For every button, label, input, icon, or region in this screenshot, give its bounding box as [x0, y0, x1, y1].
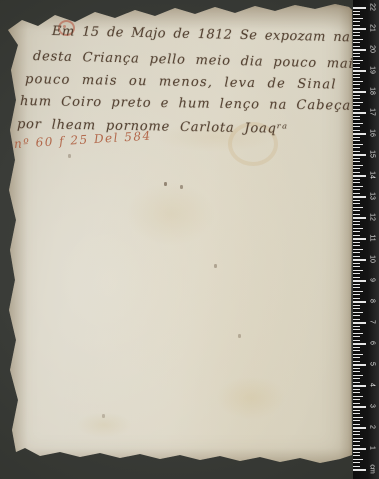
ruler-tick [353, 336, 360, 337]
ruler-tick [353, 238, 366, 240]
ruler-tick [353, 403, 360, 404]
ruler-number: 9 [367, 274, 379, 287]
ruler-tick [353, 389, 360, 390]
ruler-tick [353, 284, 360, 285]
ruler-tick [353, 469, 366, 471]
ruler-tick [353, 301, 366, 303]
ruler-tick [353, 378, 360, 379]
ruler-tick [353, 326, 360, 327]
ruler-tick [353, 354, 363, 355]
ruler-tick [353, 431, 360, 432]
ruler-tick [353, 25, 360, 26]
ruler-tick [353, 368, 360, 369]
ruler-number: 3 [367, 400, 379, 413]
ruler-tick [353, 224, 360, 225]
ruler-tick [353, 459, 363, 460]
ruler-tick [353, 84, 360, 85]
ruler-number: 15 [367, 148, 379, 161]
ruler-number: 14 [367, 169, 379, 182]
ruler-tick [353, 329, 360, 330]
ruler-tick [353, 95, 360, 96]
ruler-tick [353, 375, 363, 376]
ruler-tick [353, 133, 366, 135]
ruler-number: 21 [367, 22, 379, 35]
ruler-tick [353, 280, 366, 282]
ruler-number: 5 [367, 358, 379, 371]
ruler-number: 12 [367, 211, 379, 224]
ruler-tick [353, 123, 363, 124]
ruler-tick [353, 462, 360, 463]
handwritten-line-4: hum Coiro preto e hum lenço na Cabeça [20, 94, 351, 114]
ruler-tick [353, 154, 366, 156]
manuscript-page: Em 15 de Majo de 1812 Se expozam na Roda… [6, 4, 353, 466]
ruler-number: 8 [367, 295, 379, 308]
ruler-tick [353, 140, 360, 141]
ruler-tick [353, 39, 363, 40]
ruler-tick [353, 126, 360, 127]
ruler-number: 7 [367, 316, 379, 329]
ruler-tick [353, 322, 366, 324]
ruler-number: 4 [367, 379, 379, 392]
ruler-tick [353, 308, 360, 309]
ruler-tick [353, 175, 366, 177]
ruler-tick [353, 424, 360, 425]
ruler-tick [353, 193, 360, 194]
ruler-tick [353, 277, 360, 278]
stain [216, 376, 286, 420]
ruler-tick [353, 273, 360, 274]
ruler-tick [353, 242, 360, 243]
ruler-tick [353, 186, 363, 187]
ruler-tick [353, 410, 360, 411]
ruler-tick [353, 144, 363, 145]
ruler-number: 19 [367, 64, 379, 77]
ruler-tick [353, 217, 366, 219]
ruler-tick [353, 28, 366, 30]
ruler-tick [353, 60, 363, 61]
ruler-tick [353, 67, 360, 68]
ruler-number: 10 [367, 253, 379, 266]
ruler-tick [353, 158, 360, 159]
ruler-tick [353, 305, 360, 306]
ruler-tick [353, 168, 360, 169]
ruler-tick [353, 413, 360, 414]
ruler-tick [353, 427, 366, 429]
ruler-tick [353, 196, 366, 198]
ruler-tick [353, 172, 360, 173]
ruler-number: cm [367, 463, 379, 476]
ruler-tick [353, 396, 363, 397]
ruler-tick [353, 455, 360, 456]
stain [76, 412, 132, 438]
ruler-tick [353, 200, 360, 201]
ruler-number: 2 [367, 421, 379, 434]
ruler-tick [353, 333, 363, 334]
ruler-tick [353, 119, 360, 120]
ink-specks [164, 182, 167, 186]
ruler-tick [353, 287, 360, 288]
measuring-ruler-cm: 22212019181716151413121110987654321cm [353, 0, 379, 479]
ruler-tick [353, 221, 360, 222]
ruler-tick [353, 91, 366, 93]
ruler-tick [353, 263, 360, 264]
ruler-number: 20 [367, 43, 379, 56]
ruler-tick [353, 203, 360, 204]
ruler-tick [353, 434, 360, 435]
ruler-tick [353, 21, 360, 22]
ruler-tick [353, 147, 360, 148]
ruler-tick [353, 350, 360, 351]
ruler-tick [353, 343, 366, 345]
ruler-number: 11 [367, 232, 379, 245]
ruler-tick [353, 466, 360, 467]
ruler-number: 16 [367, 127, 379, 140]
ruler-tick [353, 130, 360, 131]
ruler-tick [353, 210, 360, 211]
ruler-tick [353, 109, 360, 110]
ruler-tick [353, 56, 360, 57]
ruler-tick [353, 252, 360, 253]
ruler-number: 17 [367, 106, 379, 119]
ruler-tick [353, 294, 360, 295]
ruler-tick [353, 53, 360, 54]
ruler-tick [353, 438, 363, 439]
ruler-tick [353, 392, 360, 393]
ruler-tick [353, 214, 360, 215]
ruler-tick [353, 361, 360, 362]
ruler-tick [353, 347, 360, 348]
stain [126, 182, 216, 246]
ruler-tick [353, 371, 360, 372]
ruler-tick [353, 32, 360, 33]
ruler-tick [353, 179, 360, 180]
ruler-tick [353, 406, 366, 408]
photograph-background: Em 15 de Majo de 1812 Se expozam na Roda… [0, 0, 379, 479]
ruler-tick [353, 315, 360, 316]
ruler-tick [353, 364, 366, 366]
ruler-tick [353, 81, 363, 82]
ruler-tick [353, 74, 360, 75]
ruler-tick [353, 116, 360, 117]
ruler-tick [353, 137, 360, 138]
ruler-tick [353, 14, 360, 15]
ruler-number: 6 [367, 337, 379, 350]
ruler-tick [353, 151, 360, 152]
ruler-tick [353, 417, 363, 418]
ruler-tick [353, 207, 363, 208]
ruler-tick [353, 256, 360, 257]
ruler-number: 1 [367, 442, 379, 455]
ruler-tick [353, 452, 360, 453]
ruler-tick [353, 298, 360, 299]
ruler-tick [353, 231, 360, 232]
ruler-tick [353, 291, 363, 292]
ruler-tick [353, 189, 360, 190]
ruler-tick [353, 98, 360, 99]
ruler-tick [353, 312, 363, 313]
ruler-tick [353, 49, 366, 51]
ruler-tick [353, 70, 366, 72]
ruler-tick [353, 182, 360, 183]
ruler-tick [353, 161, 360, 162]
ruler-tick [353, 266, 360, 267]
ruler-tick [353, 42, 360, 43]
ruler-tick [353, 448, 366, 450]
ruler-tick [353, 357, 360, 358]
ruler-tick [353, 259, 366, 261]
ruler-tick [353, 63, 360, 64]
ruler-tick [353, 112, 366, 114]
ruler-tick [353, 420, 360, 421]
ruler-tick [353, 245, 360, 246]
ruler-tick [353, 235, 360, 236]
ruler-tick [353, 7, 366, 9]
ruler-tick [353, 105, 360, 106]
ruler-tick [353, 319, 360, 320]
ruler-tick [353, 441, 360, 442]
ruler-tick [353, 35, 360, 36]
ruler-number: 18 [367, 85, 379, 98]
ruler-tick [353, 228, 363, 229]
handwritten-line-2: desta Criança pello meio dia pouco mais [33, 49, 361, 72]
ruler-tick [353, 88, 360, 89]
ruler-tick [353, 399, 360, 400]
ruler-tick [353, 46, 360, 47]
ruler-tick [353, 382, 360, 383]
ruler-tick [353, 445, 360, 446]
ruler-tick [353, 340, 360, 341]
handwritten-line-1: Em 15 de Majo de 1812 Se expozam na Roda [52, 24, 379, 46]
handwritten-line-3: pouco mais ou menos, leva de Sinal [25, 72, 337, 92]
ruler-number: 13 [367, 190, 379, 203]
ruler-tick [353, 270, 363, 271]
ruler-tick [353, 18, 363, 19]
ruler-tick [353, 249, 363, 250]
ruler-tick [353, 385, 366, 387]
ruler-tick [353, 165, 363, 166]
ruler-number: 22 [367, 1, 379, 14]
ruler-tick [353, 77, 360, 78]
ruler-tick [353, 102, 363, 103]
ruler-tick [353, 11, 360, 12]
